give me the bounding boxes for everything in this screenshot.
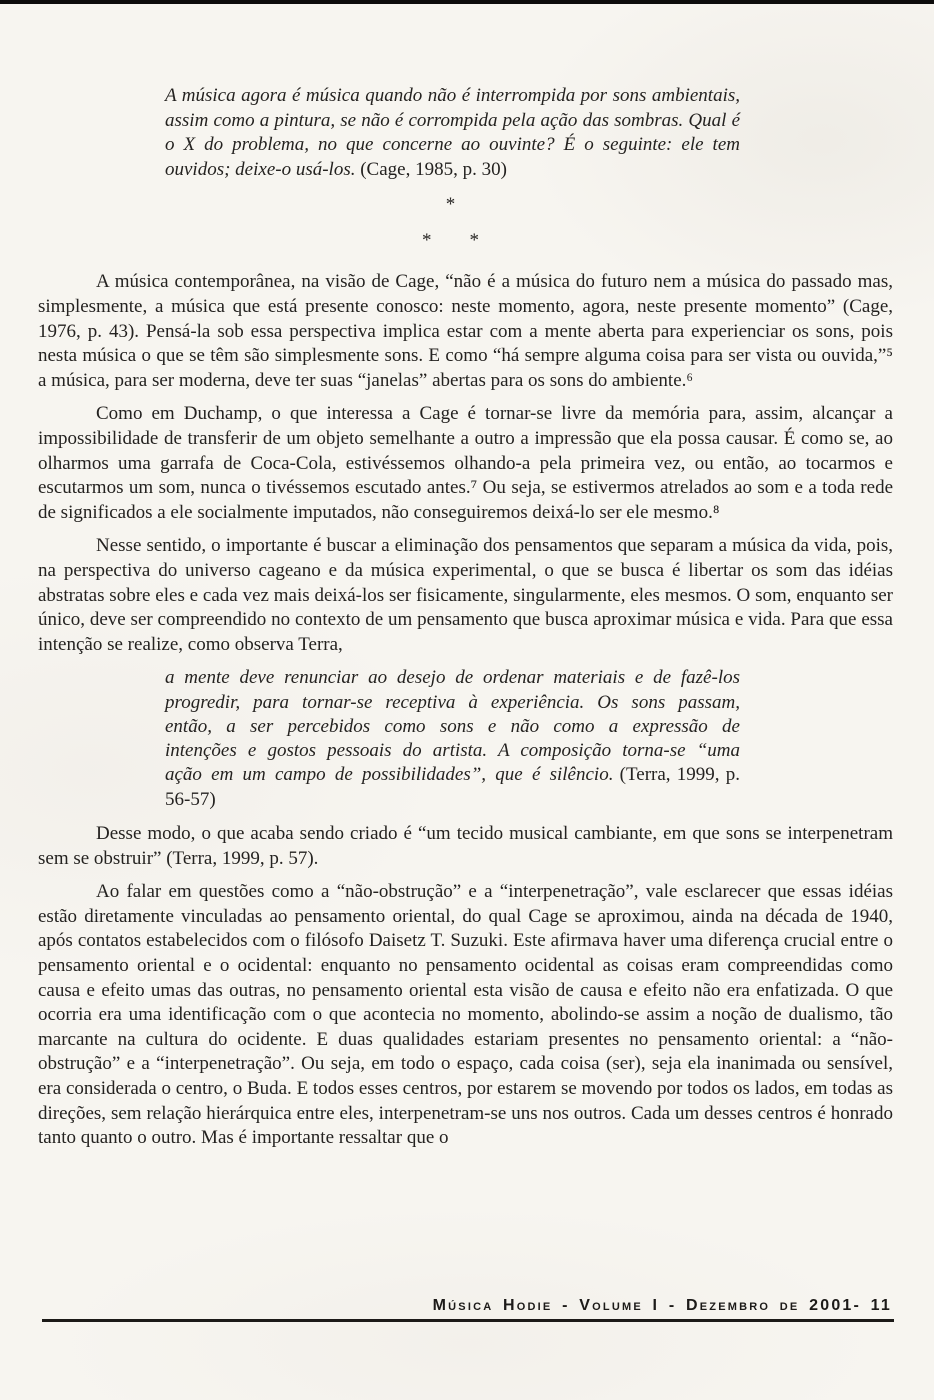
scanned-journal-page: A música agora é música quando não é int… (0, 0, 934, 1400)
page-content: A música agora é música quando não é int… (0, 0, 934, 1160)
separator-single-asterisk: * (23, 192, 878, 218)
journal-footer: Música Hodie - Volume I - Dezembro de 20… (42, 1297, 894, 1322)
epigraph-citation: (Cage, 1985, p. 30) (355, 159, 506, 180)
asterisk-glyph: * (470, 230, 480, 251)
asterisk-glyph: * (422, 230, 432, 251)
paragraph-1: A música contemporânea, na visão de Cage… (38, 270, 893, 393)
terra-block-quote: a mente deve renunciar ao desejo de orde… (165, 666, 740, 812)
asterisk-glyph: * (446, 194, 456, 215)
paragraph-3: Nesse sentido, o importante é buscar a e… (38, 534, 893, 657)
epigraph-quote: A música agora é música quando não é int… (165, 84, 740, 182)
separator-double-asterisk: ** (23, 228, 878, 254)
footer-running-title: Música Hodie - Volume I - Dezembro de 20… (433, 1297, 892, 1314)
paragraph-4: Desse modo, o que acaba sendo criado é “… (38, 822, 893, 871)
paragraph-2: Como em Duchamp, o que interessa a Cage … (38, 402, 893, 525)
paragraph-5: Ao falar em questões como a “não-obstruç… (38, 880, 893, 1151)
